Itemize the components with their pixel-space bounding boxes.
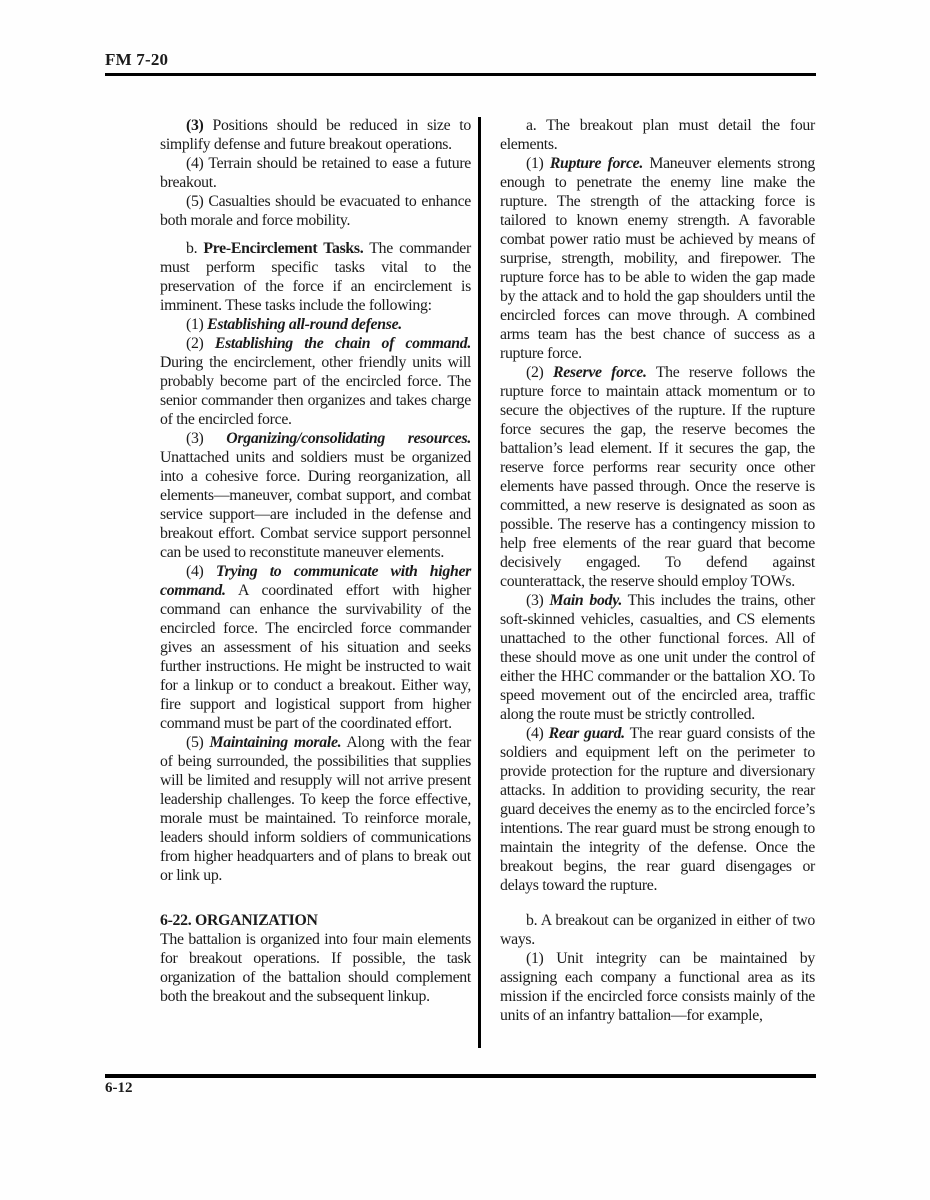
- column-divider: [478, 117, 481, 1048]
- text-segment: (3): [186, 430, 226, 447]
- text-segment: (2): [526, 364, 553, 381]
- text-segment: a. The breakout plan must detail the fou…: [500, 117, 815, 153]
- paragraph: (2) Establishing the chain of command. D…: [160, 334, 471, 429]
- text-segment: A coordinated effort with higher command…: [160, 582, 471, 732]
- paragraph: (1) Rupture force. Maneuver elements str…: [500, 154, 815, 363]
- text-segment: (4): [526, 725, 549, 742]
- right-column: a. The breakout plan must detail the fou…: [500, 116, 815, 1025]
- text-segment: During the encirclement, other friendly …: [160, 354, 471, 428]
- text-segment: The reserve follows the rupture force to…: [500, 364, 815, 590]
- paragraph: (5) Maintaining morale. Along with the f…: [160, 733, 471, 885]
- paragraph: (3) Organizing/consolidating resources. …: [160, 429, 471, 562]
- paragraph: (4) Trying to communicate with higher co…: [160, 562, 471, 733]
- text-segment: Along with the fear of being surrounded,…: [160, 734, 471, 884]
- text-segment: The battalion is organized into four mai…: [160, 931, 471, 1005]
- text-segment: (1): [526, 155, 550, 172]
- document-page: FM 7-20 (3) Positions should be reduced …: [0, 0, 930, 1200]
- paragraph: (4) Rear guard. The rear guard consists …: [500, 724, 815, 895]
- text-segment: (4): [186, 563, 216, 580]
- text-segment: b. A breakout can be organized in either…: [500, 912, 815, 948]
- paragraph: (1) Establishing all-round defense.: [160, 315, 471, 334]
- paragraph: b. Pre-Encirclement Tasks. The commander…: [160, 239, 471, 315]
- text-segment: (3): [526, 592, 550, 609]
- text-segment: (5) Casualties should be evacuated to en…: [160, 193, 471, 229]
- paragraph: (1) Unit integrity can be maintained by …: [500, 949, 815, 1025]
- text-segment: Maneuver elements strong enough to penet…: [500, 155, 815, 362]
- text-segment: (5): [186, 734, 210, 751]
- text-segment: (2): [186, 335, 215, 352]
- text-segment: This includes the trains, other soft-ski…: [500, 592, 815, 723]
- text-segment: Positions should be reduced in size to s…: [160, 117, 471, 153]
- text-segment: Establishing the chain of command.: [215, 335, 471, 352]
- text-segment: Reserve force.: [553, 364, 647, 381]
- paragraph: b. A breakout can be organized in either…: [500, 911, 815, 949]
- text-segment: b.: [186, 240, 203, 257]
- paragraph: a. The breakout plan must detail the fou…: [500, 116, 815, 154]
- text-segment: Establishing all-round defense.: [207, 316, 402, 333]
- paragraph: (4) Terrain should be retained to ease a…: [160, 154, 471, 192]
- paragraph: (3) Positions should be reduced in size …: [160, 116, 471, 154]
- text-segment: Pre-Encirclement Tasks.: [203, 240, 363, 257]
- text-segment: (3): [186, 117, 204, 134]
- paragraph: (5) Casualties should be evacuated to en…: [160, 192, 471, 230]
- text-segment: Unattached units and soldiers must be or…: [160, 449, 471, 561]
- header-rule: [105, 73, 816, 76]
- text-segment: 6-22. ORGANIZATION: [160, 912, 318, 929]
- text-segment: Maintaining morale.: [210, 734, 342, 751]
- paragraph: The battalion is organized into four mai…: [160, 930, 471, 1006]
- section-heading: 6-22. ORGANIZATION: [160, 911, 471, 930]
- text-segment: (4) Terrain should be retained to ease a…: [160, 155, 471, 191]
- text-segment: Rupture force.: [550, 155, 643, 172]
- page-number: 6-12: [105, 1080, 133, 1097]
- footer-rule: [105, 1074, 816, 1078]
- paragraph: (2) Reserve force. The reserve follows t…: [500, 363, 815, 591]
- text-segment: Organizing/consolidating resources.: [226, 430, 471, 447]
- text-segment: Main body.: [550, 592, 622, 609]
- document-id: FM 7-20: [105, 50, 168, 70]
- text-segment: Rear guard.: [549, 725, 625, 742]
- text-segment: The rear guard consists of the soldiers …: [500, 725, 815, 894]
- text-segment: (1) Unit integrity can be maintained by …: [500, 950, 815, 1024]
- paragraph: (3) Main body. This includes the trains,…: [500, 591, 815, 724]
- left-column: (3) Positions should be reduced in size …: [160, 116, 471, 1006]
- text-segment: (1): [186, 316, 207, 333]
